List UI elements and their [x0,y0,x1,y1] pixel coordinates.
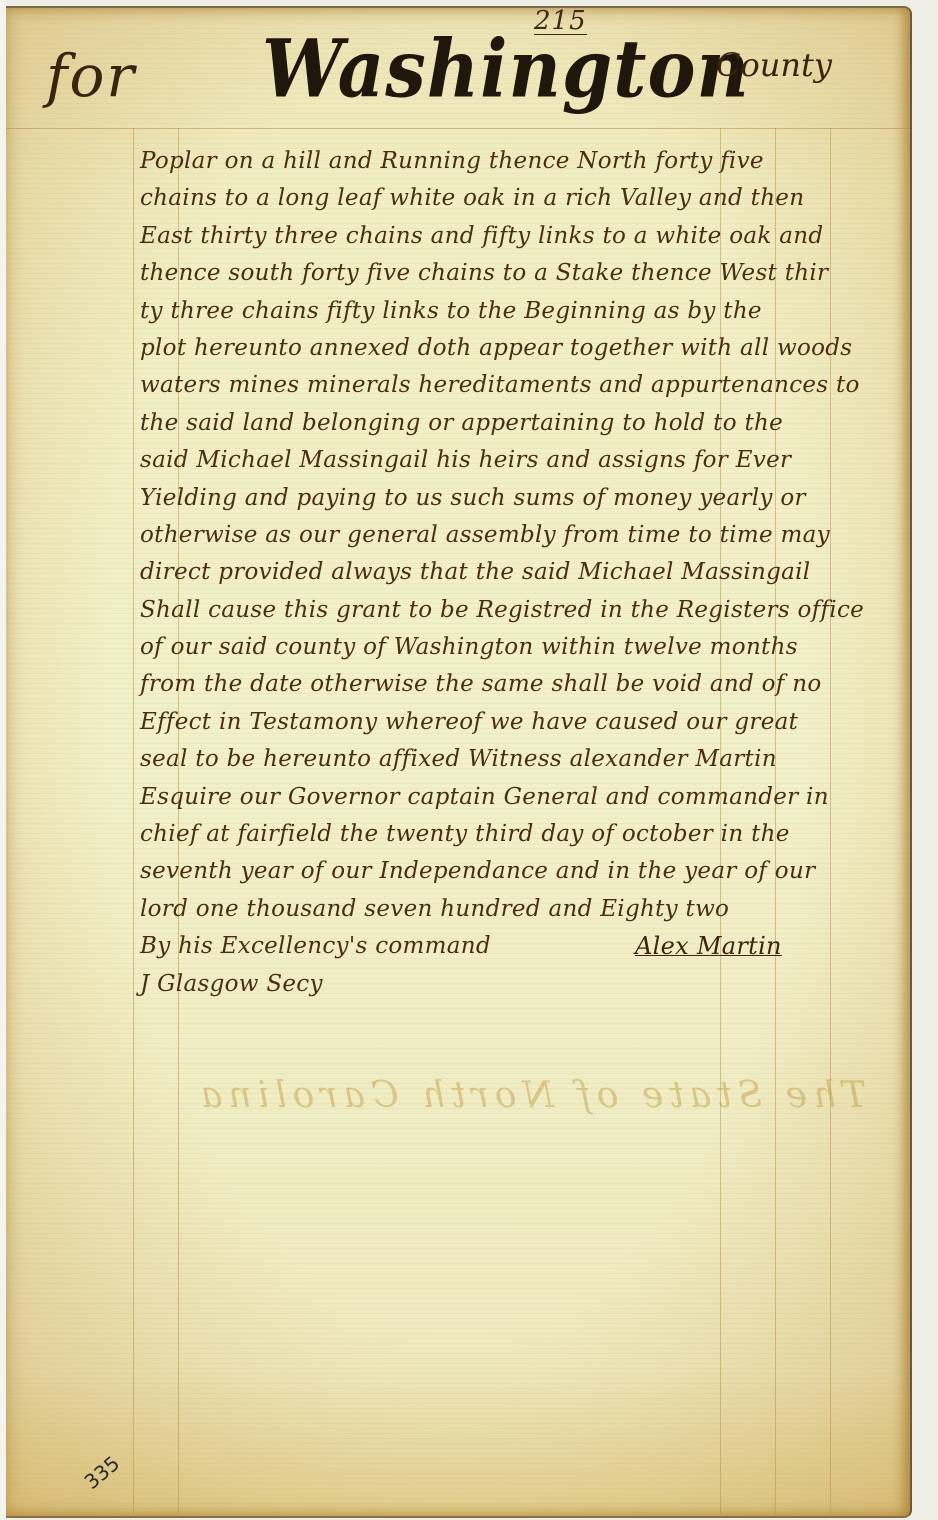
text-line: chief at fairfield the twenty third day … [140,816,910,853]
text-line: said Michael Massingail his heirs and as… [140,442,910,479]
text-line: Yielding and paying to us such sums of m… [140,480,910,517]
text-line: waters mines minerals hereditaments and … [140,367,910,404]
text-line: Shall cause this grant to be Registred i… [140,592,910,629]
text-line: the said land belonging or appertaining … [140,405,910,442]
text-line: seventh year of our Independance and in … [140,853,910,890]
text-line: of our said county of Washington within … [140,629,910,666]
text-line: lord one thousand seven hundred and Eigh… [140,891,910,928]
text-line: chains to a long leaf white oak in a ric… [140,180,910,217]
text-line: direct provided always that the said Mic… [140,554,910,591]
heading-suffix: County [716,46,832,84]
secretary-signature: J Glasgow Secy [140,966,910,1003]
text-line: otherwise as our general assembly from t… [140,517,910,554]
text-line: ty three chains fifty links to the Begin… [140,293,910,330]
text-line: Esquire our Governor captain General and… [140,779,910,816]
text-line: East thirty three chains and fifty links… [140,218,910,255]
text-line: seal to be hereunto affixed Witness alex… [140,741,910,778]
heading-prefix: for [46,42,136,110]
signature-row: By his Excellency's command Alex Martin [140,928,910,965]
governor-signature: Alex Martin [635,928,782,965]
text-line: thence south forty five chains to a Stak… [140,255,910,292]
bleed-through-text: The State of North Carolina [195,1075,866,1116]
margin-rule [133,128,134,1514]
text-line: from the date otherwise the same shall b… [140,666,910,703]
text-line: Poplar on a hill and Running thence Nort… [140,143,910,180]
text-line: Effect in Testamony whereof we have caus… [140,704,910,741]
text-line: plot hereunto annexed doth appear togeth… [140,330,910,367]
grant-text: Poplar on a hill and Running thence Nort… [140,143,910,1003]
command-line: By his Excellency's command [140,933,491,959]
heading-county-name: Washington [262,22,750,116]
